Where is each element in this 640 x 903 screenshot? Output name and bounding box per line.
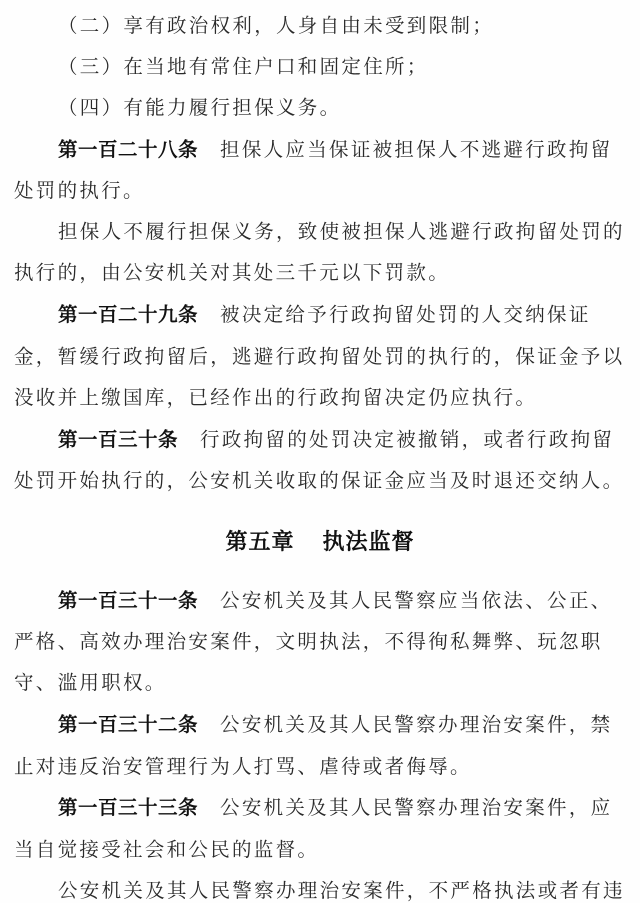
- article-text: 被决定给予行政拘留处罚的人交纳保证: [220, 303, 591, 326]
- article-128: 第一百二十八条担保人应当保证被担保人不逃避行政拘留: [58, 135, 626, 165]
- paragraph-line: 担保人不履行担保义务，致使被担保人逃避行政拘留处罚的: [58, 217, 626, 247]
- text-line: 没收并上缴国库，已经作出的行政拘留决定仍应执行。: [14, 383, 626, 413]
- text-line: 执行的，由公安机关对其处三千元以下罚款。: [14, 258, 626, 288]
- chapter-heading: 第五章执法监督: [0, 525, 640, 556]
- text-line: 当自觉接受社会和公民的监督。: [14, 835, 626, 865]
- article-131: 第一百三十一条公安机关及其人民警察应当依法、公正、: [58, 586, 626, 616]
- article-129: 第一百二十九条被决定给予行政拘留处罚的人交纳保证: [58, 300, 626, 330]
- text-line: 止对违反治安管理行为人打骂、虐待或者侮辱。: [14, 752, 626, 782]
- list-item-2: （二）享有政治权利，人身自由未受到限制；: [58, 11, 626, 41]
- list-item-4: （四）有能力履行担保义务。: [58, 93, 626, 123]
- article-132: 第一百三十二条公安机关及其人民警察办理治安案件，禁: [58, 710, 626, 740]
- article-label: 第一百三十二条: [58, 713, 198, 736]
- text-line: 严格、高效办理治安案件，文明执法，不得徇私舞弊、玩忽职: [14, 627, 626, 657]
- text-line: 金，暂缓行政拘留后，逃避行政拘留处罚的执行的，保证金予以: [14, 342, 626, 372]
- text-line: 守、滥用职权。: [14, 668, 626, 698]
- list-item-3: （三）在当地有常住户口和固定住所；: [58, 52, 626, 82]
- article-text: 行政拘留的处罚决定被撤销，或者行政拘留: [200, 428, 614, 451]
- article-130: 第一百三十条行政拘留的处罚决定被撤销，或者行政拘留: [58, 425, 626, 455]
- article-text: 公安机关及其人民警察办理治安案件，禁: [220, 713, 612, 736]
- article-text: 担保人应当保证被担保人不逃避行政拘留: [220, 138, 612, 161]
- text-line: 处罚开始执行的，公安机关收取的保证金应当及时退还交纳人。: [14, 466, 626, 496]
- article-text: 公安机关及其人民警察应当依法、公正、: [220, 589, 612, 612]
- chapter-number: 第五章: [225, 529, 294, 555]
- text-line: 处罚的执行。: [14, 176, 626, 206]
- article-label: 第一百二十九条: [58, 303, 198, 326]
- article-label: 第一百三十三条: [58, 796, 198, 819]
- article-133: 第一百三十三条公安机关及其人民警察办理治安案件，应: [58, 793, 626, 823]
- paragraph-line: 公安机关及其人民警察办理治安案件，不严格执法或者有违: [58, 876, 626, 903]
- article-label: 第一百二十八条: [58, 138, 198, 161]
- article-text: 公安机关及其人民警察办理治安案件，应: [220, 796, 612, 819]
- chapter-title: 执法监督: [323, 529, 415, 555]
- article-label: 第一百三十条: [58, 428, 178, 451]
- article-label: 第一百三十一条: [58, 589, 198, 612]
